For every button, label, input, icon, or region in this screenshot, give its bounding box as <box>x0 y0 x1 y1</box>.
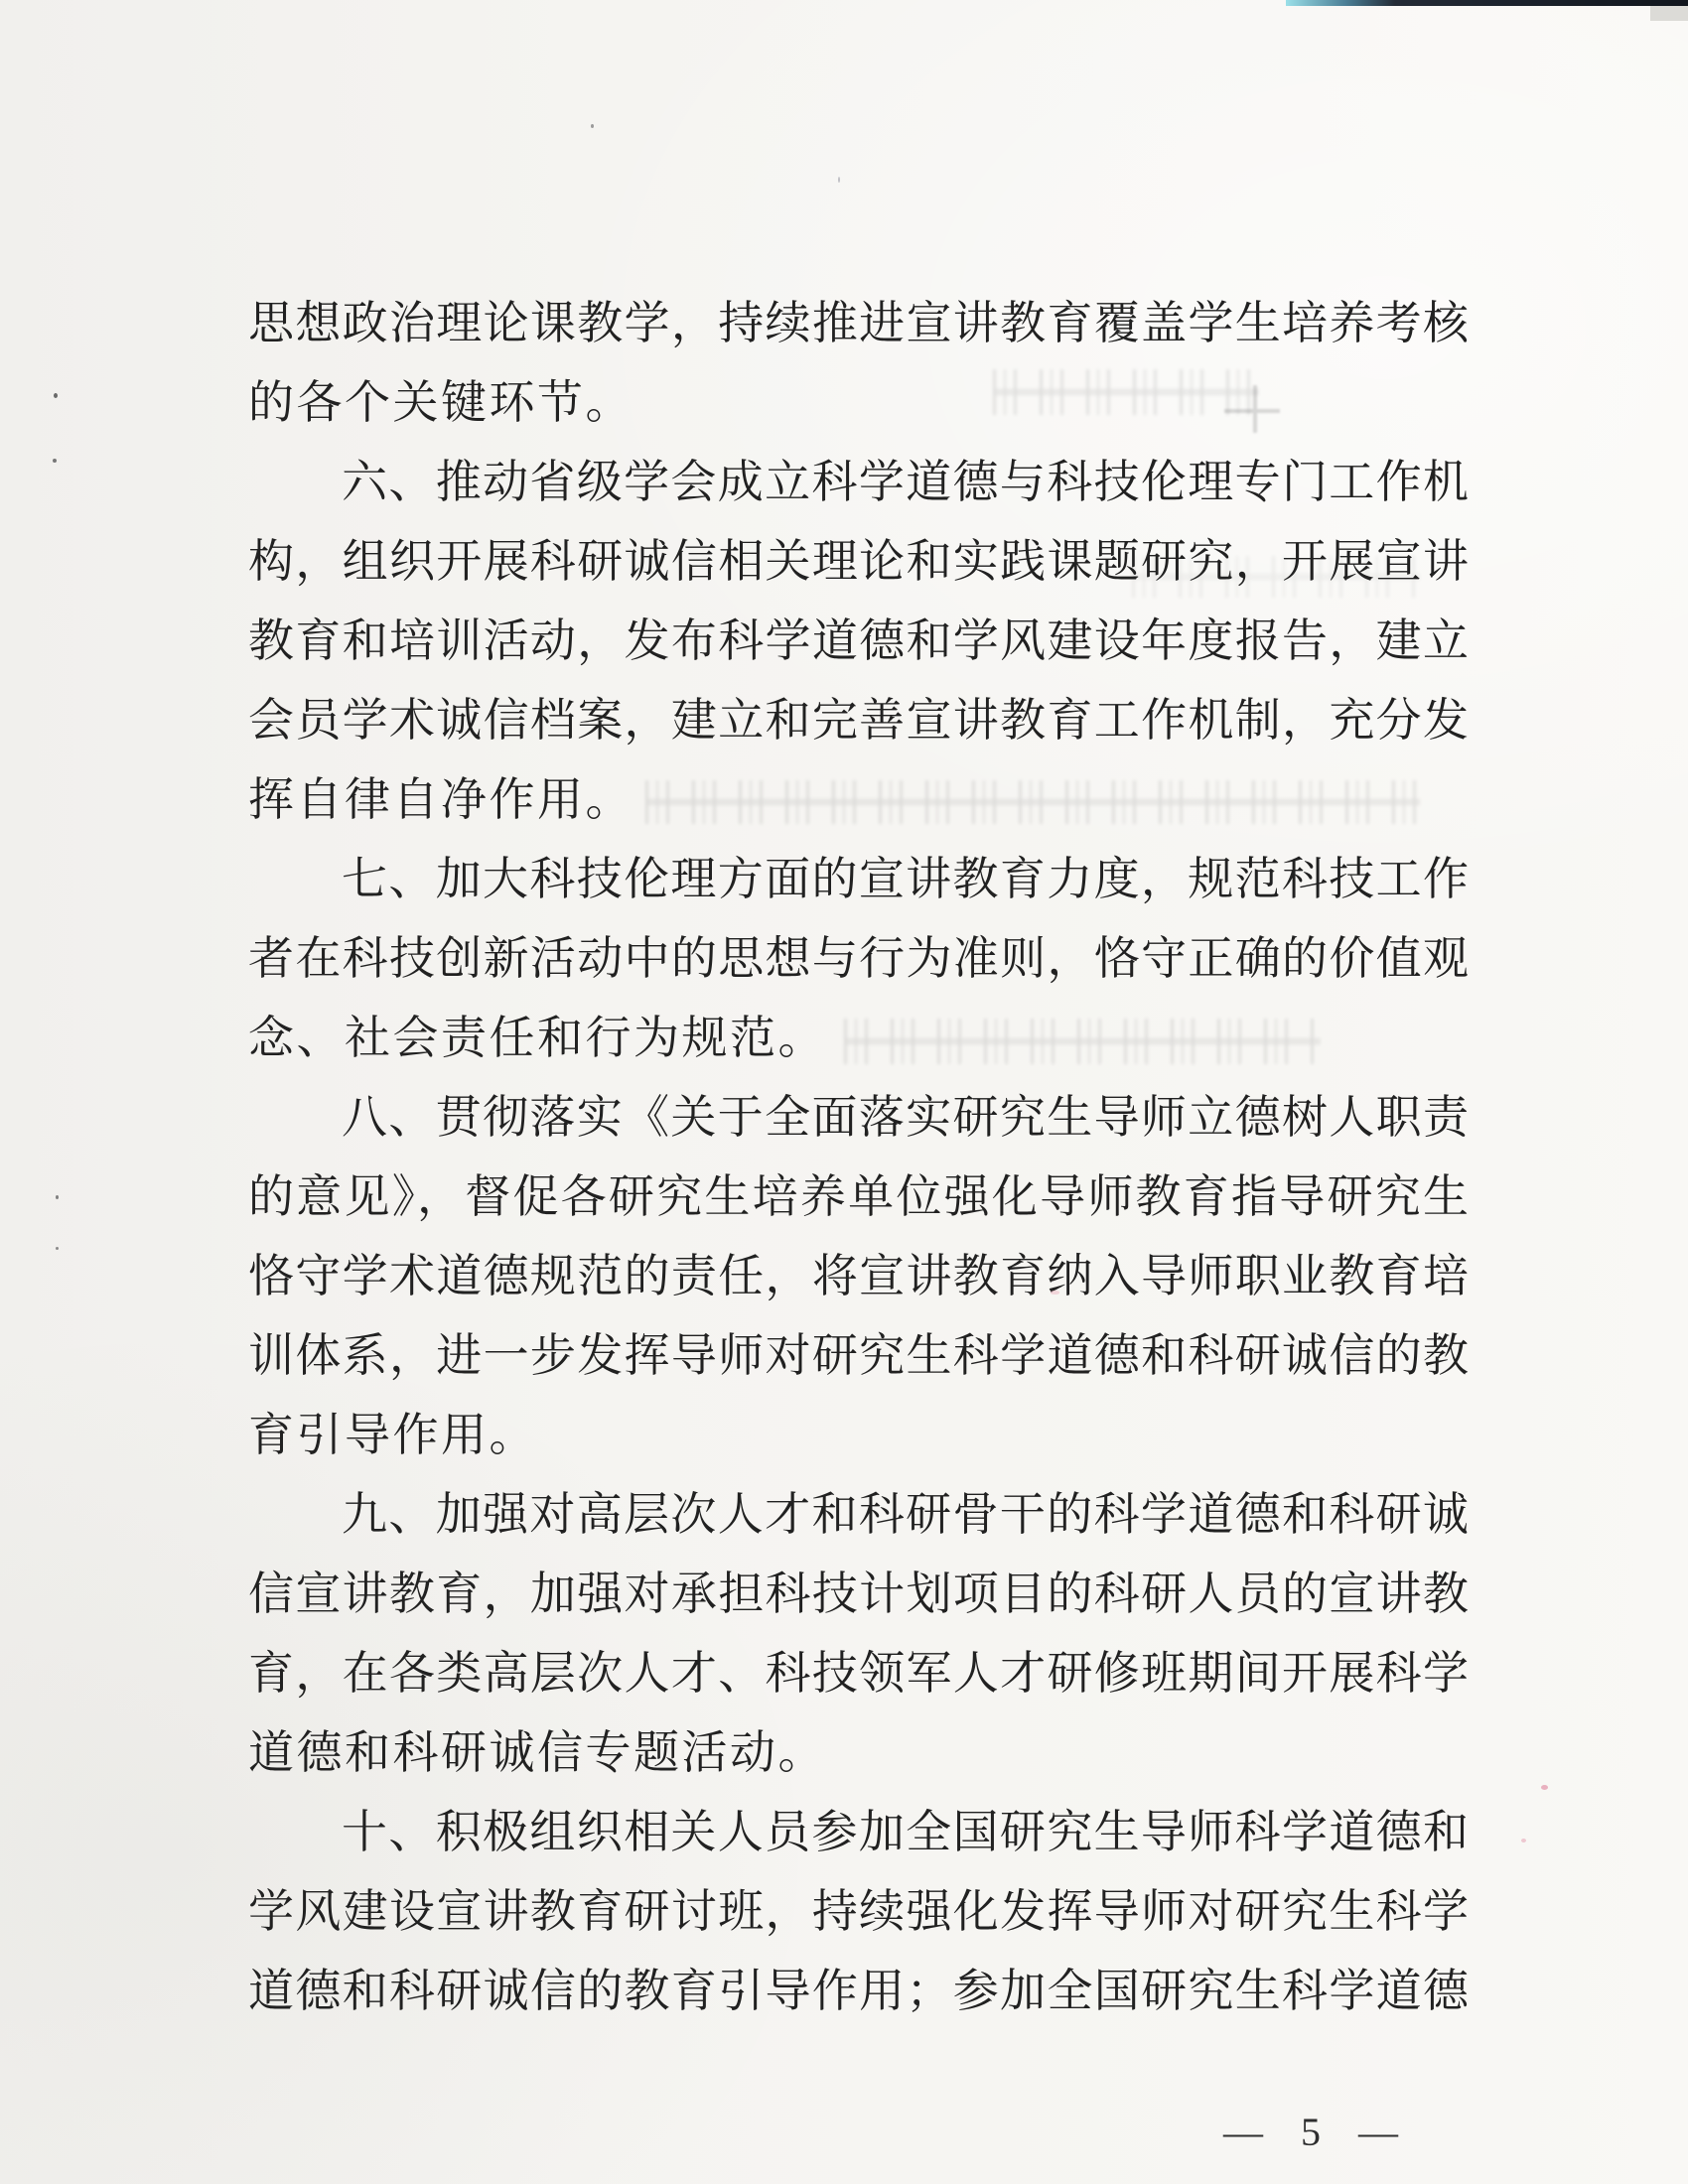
bleed-through-artifact <box>645 780 1420 824</box>
bleed-through-artifact <box>993 369 1259 415</box>
scan-speck <box>54 393 58 398</box>
text-line: 训体系，进一步发挥导师对研究生科学道德和科研诚信的教 <box>248 1330 1470 1382</box>
text-line: 学风建设宣讲教育研讨班，持续强化发挥导师对研究生科学 <box>248 1886 1470 1938</box>
bleed-through-artifact <box>844 1019 1321 1064</box>
scan-edge-artifact <box>1650 6 1688 21</box>
scan-speck <box>56 1247 59 1250</box>
text-line: 八、贯彻落实《关于全面落实研究生导师立德树人职责 <box>248 1092 1470 1144</box>
page-number: — 5 — <box>1223 2111 1404 2154</box>
scan-speck <box>1521 1839 1526 1843</box>
scan-speck <box>53 459 57 463</box>
text-line: 道德和科研诚信专题活动。 <box>248 1727 1470 1779</box>
text-line: 信宣讲教育，加强对承担科技计划项目的科研人员的宣讲教 <box>248 1569 1470 1620</box>
scan-speck <box>591 124 594 128</box>
scan-speck <box>1051 1291 1059 1295</box>
scan-speck <box>838 177 840 183</box>
text-line: 道德和科研诚信的教育引导作用；参加全国研究生科学道德 <box>248 1966 1470 2017</box>
scan-edge-artifact <box>1286 0 1688 6</box>
text-line: 的各个关键环节。 <box>248 377 1470 429</box>
scan-speck <box>56 1195 59 1199</box>
text-line: 会员学术诚信档案，建立和完善宣讲教育工作机制，充分发 <box>248 695 1470 747</box>
scanned-page: 思想政治理论课教学，持续推进宣讲教育覆盖学生培养考核的各个关键环节。六、推动省级… <box>0 0 1688 2184</box>
text-line: 十、积极组织相关人员参加全国研究生导师科学道德和 <box>248 1807 1470 1858</box>
text-line: 恪守学术道德规范的责任，将宣讲教育纳入导师职业教育培 <box>248 1251 1470 1302</box>
text-line: 七、加大科技伦理方面的宣讲教育力度，规范科技工作 <box>248 854 1470 905</box>
text-line: 育，在各类高层次人才、科技领军人才研修班期间开展科学 <box>248 1648 1470 1700</box>
bleed-through-artifact <box>1132 556 1420 598</box>
text-line: 六、推动省级学会成立科学道德与科技伦理专门工作机 <box>248 457 1470 508</box>
text-line: 的意见》，督促各研究生培养单位强化导师教育指导研究生 <box>248 1171 1470 1223</box>
text-line: 九、加强对高层次人才和科研骨干的科学道德和科研诚 <box>248 1489 1470 1541</box>
text-line: 思想政治理论课教学，持续推进宣讲教育覆盖学生培养考核 <box>248 298 1470 349</box>
text-line: 者在科技创新活动中的思想与行为准则，恪守正确的价值观 <box>248 933 1470 985</box>
text-line: 育引导作用。 <box>248 1410 1470 1461</box>
scan-speck <box>1541 1785 1548 1790</box>
text-line: 教育和培训活动，发布科学道德和学风建设年度报告，建立 <box>248 615 1470 667</box>
bleed-through-artifact <box>1224 383 1280 435</box>
